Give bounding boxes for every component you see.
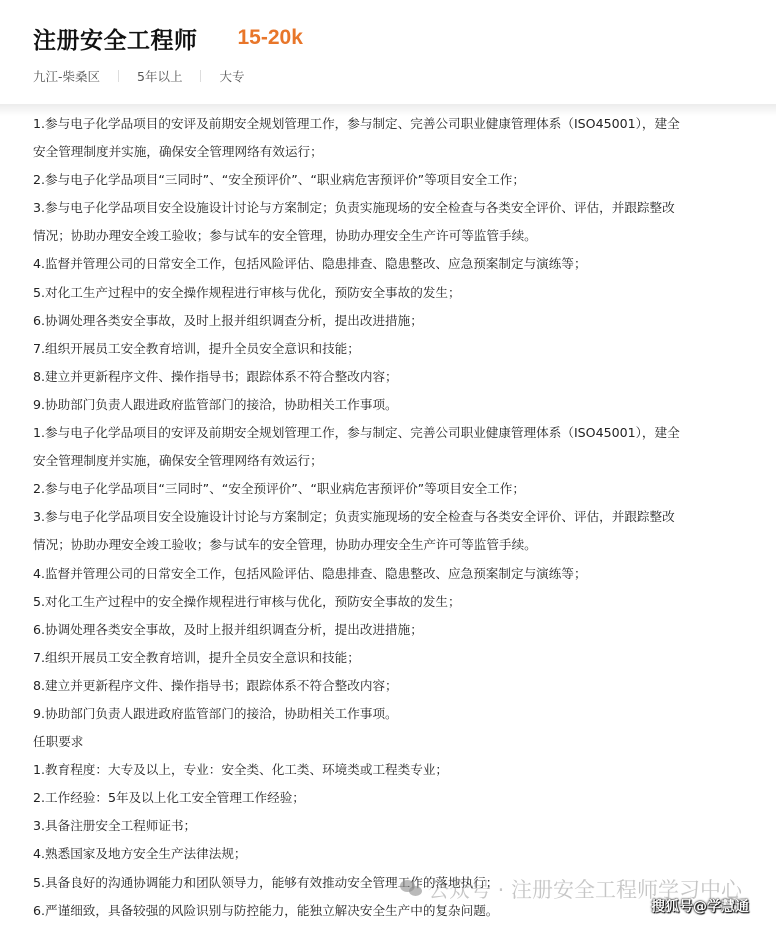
sohu-watermark: 搜狐号@学慧通 <box>651 896 749 916</box>
job-meta: 九江-柴桑区 5年以上 大专 <box>33 67 244 85</box>
job-title: 注册安全工程师 <box>33 22 198 55</box>
description-line: 1.参与电子化学品项目的安评及前期安全规划管理工作，参与制定、完善公司职业健康管… <box>33 110 763 138</box>
description-line: 情况；协助办理安全竣工验收；参与试车的安全管理，协助办理安全生产许可等监管手续。 <box>33 222 763 250</box>
meta-divider <box>200 70 201 82</box>
description-line: 5.对化工生产过程中的安全操作规程进行审核与优化，预防安全事故的发生； <box>33 588 763 616</box>
job-header: 注册安全工程师 15-20k 九江-柴桑区 5年以上 大专 <box>0 0 776 104</box>
title-row: 注册安全工程师 15-20k <box>33 20 303 56</box>
description-line: 2.参与电子化学品项目“三同时”、“安全预评价”、“职业病危害预评价”等项目安全… <box>33 475 763 503</box>
description-line: 3.参与电子化学品项目安全设施设计讨论与方案制定；负责实施现场的安全检查与各类安… <box>33 503 763 531</box>
description-line: 8.建立并更新程序文件、操作指导书；跟踪体系不符合整改内容； <box>33 363 763 391</box>
meta-divider <box>118 70 119 82</box>
description-line: 安全管理制度并实施，确保安全管理网络有效运行； <box>33 138 763 166</box>
description-line: 情况；协助办理安全竣工验收；参与试车的安全管理，协助办理安全生产许可等监管手续。 <box>33 531 763 559</box>
description-line: 9.协助部门负责人跟进政府监管部门的接洽，协助相关工作事项。 <box>33 391 763 419</box>
requirement-line: 1.教育程度：大专及以上，专业：安全类、化工类、环境类或工程类专业； <box>33 756 763 784</box>
requirement-line: 4.熟悉国家及地方安全生产法律法规； <box>33 840 763 868</box>
description-line: 1.参与电子化学品项目的安评及前期安全规划管理工作，参与制定、完善公司职业健康管… <box>33 419 763 447</box>
requirements-heading: 任职要求 <box>33 728 763 756</box>
meta-experience: 5年以上 <box>137 67 182 85</box>
requirement-line: 2.工作经验：5年及以上化工安全管理工作经验； <box>33 784 763 812</box>
description-line: 7.组织开展员工安全教育培训，提升全员安全意识和技能； <box>33 644 763 672</box>
description-line: 6.协调处理各类安全事故，及时上报并组织调查分析，提出改进措施； <box>33 307 763 335</box>
job-description: 1.参与电子化学品项目的安评及前期安全规划管理工作，参与制定、完善公司职业健康管… <box>33 110 763 925</box>
description-line: 安全管理制度并实施，确保安全管理网络有效运行； <box>33 447 763 475</box>
requirement-line: 3.具备注册安全工程师证书； <box>33 812 763 840</box>
description-line: 9.协助部门负责人跟进政府监管部门的接洽，协助相关工作事项。 <box>33 700 763 728</box>
salary: 15-20k <box>238 26 303 50</box>
description-line: 7.组织开展员工安全教育培训，提升全员安全意识和技能； <box>33 335 763 363</box>
description-line: 6.协调处理各类安全事故，及时上报并组织调查分析，提出改进措施； <box>33 616 763 644</box>
description-line: 4.监督并管理公司的日常安全工作，包括风险评估、隐患排查、隐患整改、应急预案制定… <box>33 250 763 278</box>
description-line: 5.对化工生产过程中的安全操作规程进行审核与优化，预防安全事故的发生； <box>33 279 763 307</box>
requirement-line: 5.具备良好的沟通协调能力和团队领导力，能够有效推动安全管理工作的落地执行； <box>33 869 763 897</box>
meta-location: 九江-柴桑区 <box>33 67 100 85</box>
description-line: 4.监督并管理公司的日常安全工作，包括风险评估、隐患排查、隐患整改、应急预案制定… <box>33 560 763 588</box>
description-line: 2.参与电子化学品项目“三同时”、“安全预评价”、“职业病危害预评价”等项目安全… <box>33 166 763 194</box>
description-line: 3.参与电子化学品项目安全设施设计讨论与方案制定；负责实施现场的安全检查与各类安… <box>33 194 763 222</box>
description-line: 8.建立并更新程序文件、操作指导书；跟踪体系不符合整改内容； <box>33 672 763 700</box>
meta-education: 大专 <box>219 67 244 85</box>
